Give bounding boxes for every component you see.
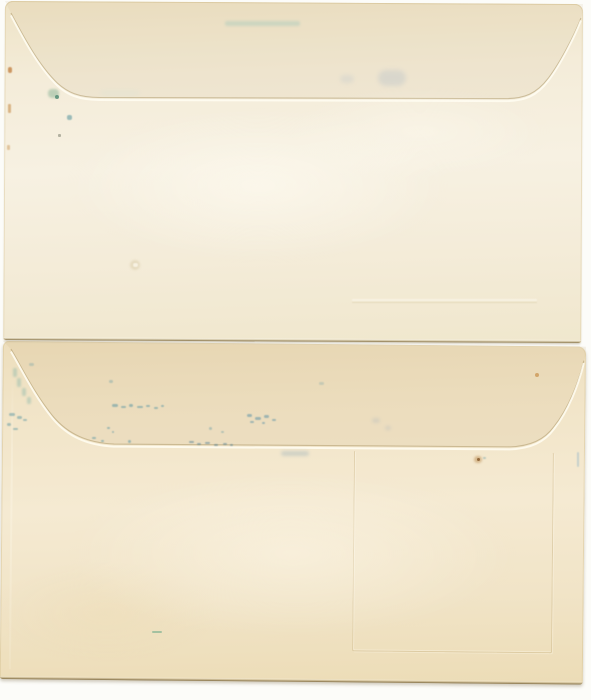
- bottom-envelope-seam-shadow-line: [10, 349, 584, 448]
- bottom-envelope-flap-band: [2, 341, 586, 449]
- top-envelope-paper-sheen: [3, 1, 583, 343]
- bottom-envelope-bottom-edge: [0, 676, 583, 685]
- bottom-envelope-seam-highlight-line: [10, 352, 584, 451]
- top-envelope-seam-shadow-line: [10, 13, 580, 100]
- enclosure-impression-outline: [352, 450, 554, 653]
- scan-background: [0, 0, 591, 700]
- bottom-envelope-back: [0, 341, 586, 685]
- top-envelope-flap-seam: [3, 1, 583, 343]
- top-envelope-flap-band: [4, 1, 582, 100]
- top-envelope-back: [3, 1, 583, 343]
- top-envelope-seam-highlight-line: [10, 16, 580, 103]
